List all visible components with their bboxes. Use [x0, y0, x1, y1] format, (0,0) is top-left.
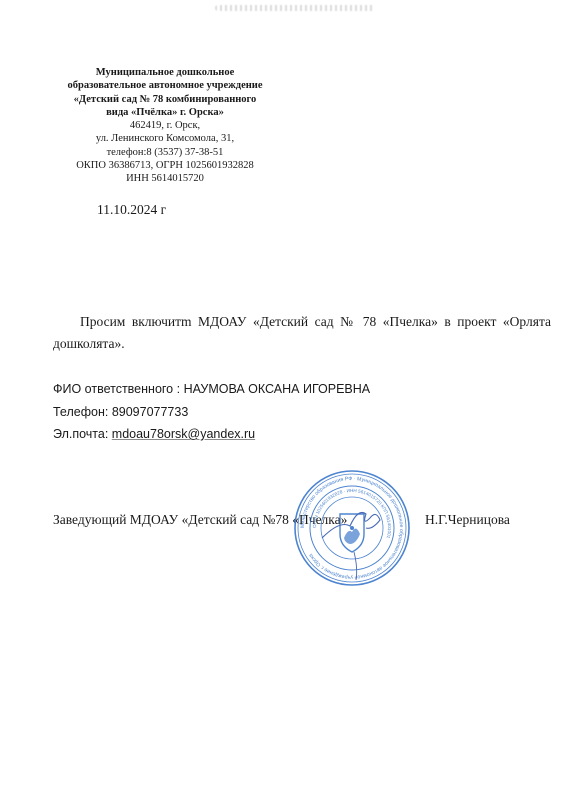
- email-label: Эл.почта:: [53, 427, 112, 441]
- phone-label: Телефон:: [53, 405, 112, 419]
- org-codes-line: ОКПО 36386713, ОГРН 1025601932828: [55, 159, 275, 172]
- signatory-name: Н.Г.Черницова: [425, 512, 510, 528]
- email-line: Эл.почта: mdoau78orsk@yandex.ru: [53, 423, 370, 446]
- org-name-line: Муниципальное дошкольное: [55, 66, 275, 79]
- org-address-line: 462419, г. Орск,: [55, 119, 275, 132]
- phone-line: Телефон: 89097077733: [53, 401, 370, 424]
- scan-artifact: [215, 5, 375, 11]
- request-paragraph: Просим включитm МДОАУ «Детский сад № 78 …: [53, 311, 551, 355]
- official-stamp-icon: Министерство образования РФ · Муниципаль…: [292, 468, 412, 588]
- document-date: 11.10.2024 г: [97, 202, 166, 218]
- organization-header: Муниципальное дошкольное образовательное…: [55, 66, 275, 186]
- org-phone-line: телефон:8 (3537) 37-38-51: [55, 146, 275, 159]
- org-name-line: «Детский сад № 78 комбинированного: [55, 93, 275, 106]
- email-link[interactable]: mdoau78orsk@yandex.ru: [112, 427, 255, 441]
- responsible-person-line: ФИО ответственного : НАУМОВА ОКСАНА ИГОР…: [53, 378, 370, 401]
- contact-details: ФИО ответственного : НАУМОВА ОКСАНА ИГОР…: [53, 378, 370, 446]
- phone-value: 89097077733: [112, 405, 188, 419]
- org-address-line: ул. Ленинского Комсомола, 31,: [55, 132, 275, 145]
- responsible-name: НАУМОВА ОКСАНА ИГОРЕВНА: [184, 382, 371, 396]
- org-name-line: вида «Пчёлка» г. Орска»: [55, 106, 275, 119]
- org-inn-line: ИНН 5614015720: [55, 172, 275, 185]
- org-name-line: образовательное автономное учреждение: [55, 79, 275, 92]
- responsible-label: ФИО ответственного :: [53, 382, 184, 396]
